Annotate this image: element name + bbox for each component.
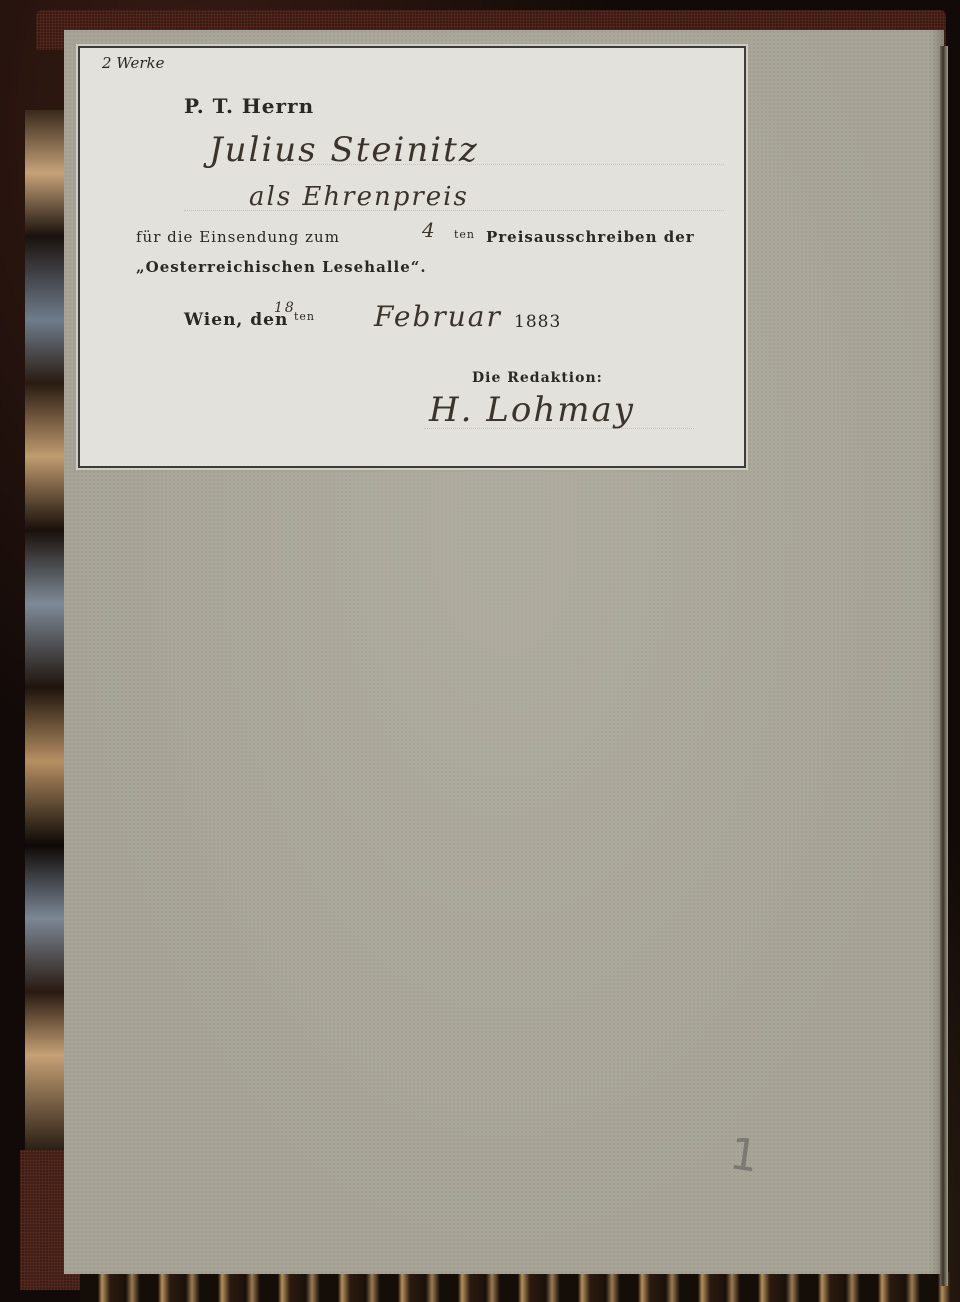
- signature: H. Lohmay: [429, 390, 635, 430]
- ordinal-suffix: ten: [454, 228, 475, 241]
- award-line: als Ehrenpreis: [249, 182, 469, 212]
- marbled-edge-left: [25, 110, 67, 1160]
- handwritten-note-top: 2 Werke: [102, 54, 165, 72]
- prize-certificate-label: 2 Werke P. T. Herrn Julius Steinitz als …: [78, 46, 746, 468]
- salutation: P. T. Herrn: [184, 94, 314, 118]
- marbled-edge-bottom: [80, 1272, 950, 1302]
- ordinal-number: 4: [422, 218, 437, 242]
- recipient-name: Julius Steinitz: [209, 130, 479, 170]
- date-day-suffix: ten: [294, 310, 315, 323]
- date-month: Februar: [374, 300, 502, 333]
- date-prefix: Wien, den: [184, 310, 288, 330]
- body-line-1-prefix: für die Einsendung zum: [136, 228, 340, 246]
- date-year: 1883: [514, 312, 561, 332]
- date-day: 18: [274, 300, 296, 316]
- signature-label: Die Redaktion:: [472, 370, 603, 386]
- body-line-2: „Oesterreichischen Lesehalle“.: [136, 258, 427, 276]
- page-gutter-edge: [940, 46, 948, 1286]
- body-line-1-rest: Preisausschreiben der: [486, 228, 695, 246]
